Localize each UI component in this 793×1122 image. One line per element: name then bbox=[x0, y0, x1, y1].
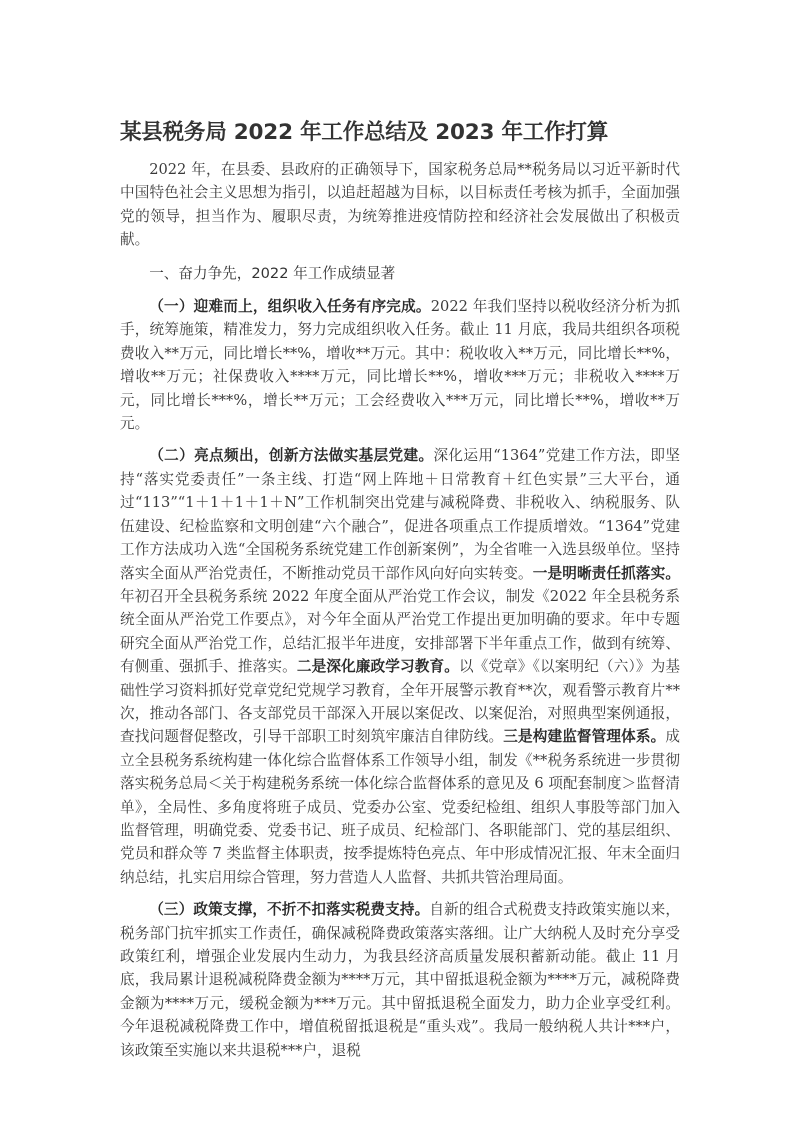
point-lead: 一是明晰责任抓落实。 bbox=[533, 565, 680, 582]
paragraph-text: 成立全县税务系统构建一体化综合监督体系工作领导小组，制发《**税务系统进一步贯彻… bbox=[120, 728, 680, 885]
intro-paragraph: 2022 年，在县委、县政府的正确领导下，国家税务总局**税务局以习近平新时代中… bbox=[120, 158, 680, 252]
paragraph-revenue: （一）迎难而上，组织收入任务有序完成。2022 年我们坚持以税收经济分析为抓手，… bbox=[120, 295, 680, 435]
paragraph-tax-support: （三）政策支撑，不折不扣落实税费支持。自新的组合式税费支持政策实施以来，税务部门… bbox=[120, 898, 680, 1062]
paragraph-party-building: （二）亮点频出，创新方法做实基层党建。深化运用“1364”党建工作方法，即坚持“… bbox=[120, 444, 680, 889]
paragraph-text: 自新的组合式税费支持政策实施以来，税务部门抗牢抓实工作责任，确保减税降费政策落实… bbox=[120, 901, 680, 1058]
point-lead: 二是深化廉政学习教育。 bbox=[297, 658, 459, 675]
paragraph-text: 深化运用“1364”党建工作方法，即坚持“落实党委责任”一条主线、打造“网上阵地… bbox=[120, 447, 680, 581]
section-heading-1: 一、奋力争先，2022 年工作成绩显著 bbox=[120, 262, 680, 285]
point-lead: 三是构建监督管理体系。 bbox=[503, 728, 665, 745]
document-title: 某县税务局 2022 年工作总结及 2023 年工作打算 bbox=[120, 118, 680, 148]
paragraph-lead: （一）迎难而上，组织收入任务有序完成。 bbox=[149, 298, 431, 315]
paragraph-text: 2022 年我们坚持以税收经济分析为抓手，统筹施策，精准发力，努力完成组织收入任… bbox=[120, 298, 680, 432]
paragraph-lead: （三）政策支撑，不折不扣落实税费支持。 bbox=[149, 901, 429, 918]
paragraph-lead: （二）亮点频出，创新方法做实基层党建。 bbox=[149, 447, 433, 464]
document-page: 某县税务局 2022 年工作总结及 2023 年工作打算 2022 年，在县委、… bbox=[120, 118, 680, 1062]
